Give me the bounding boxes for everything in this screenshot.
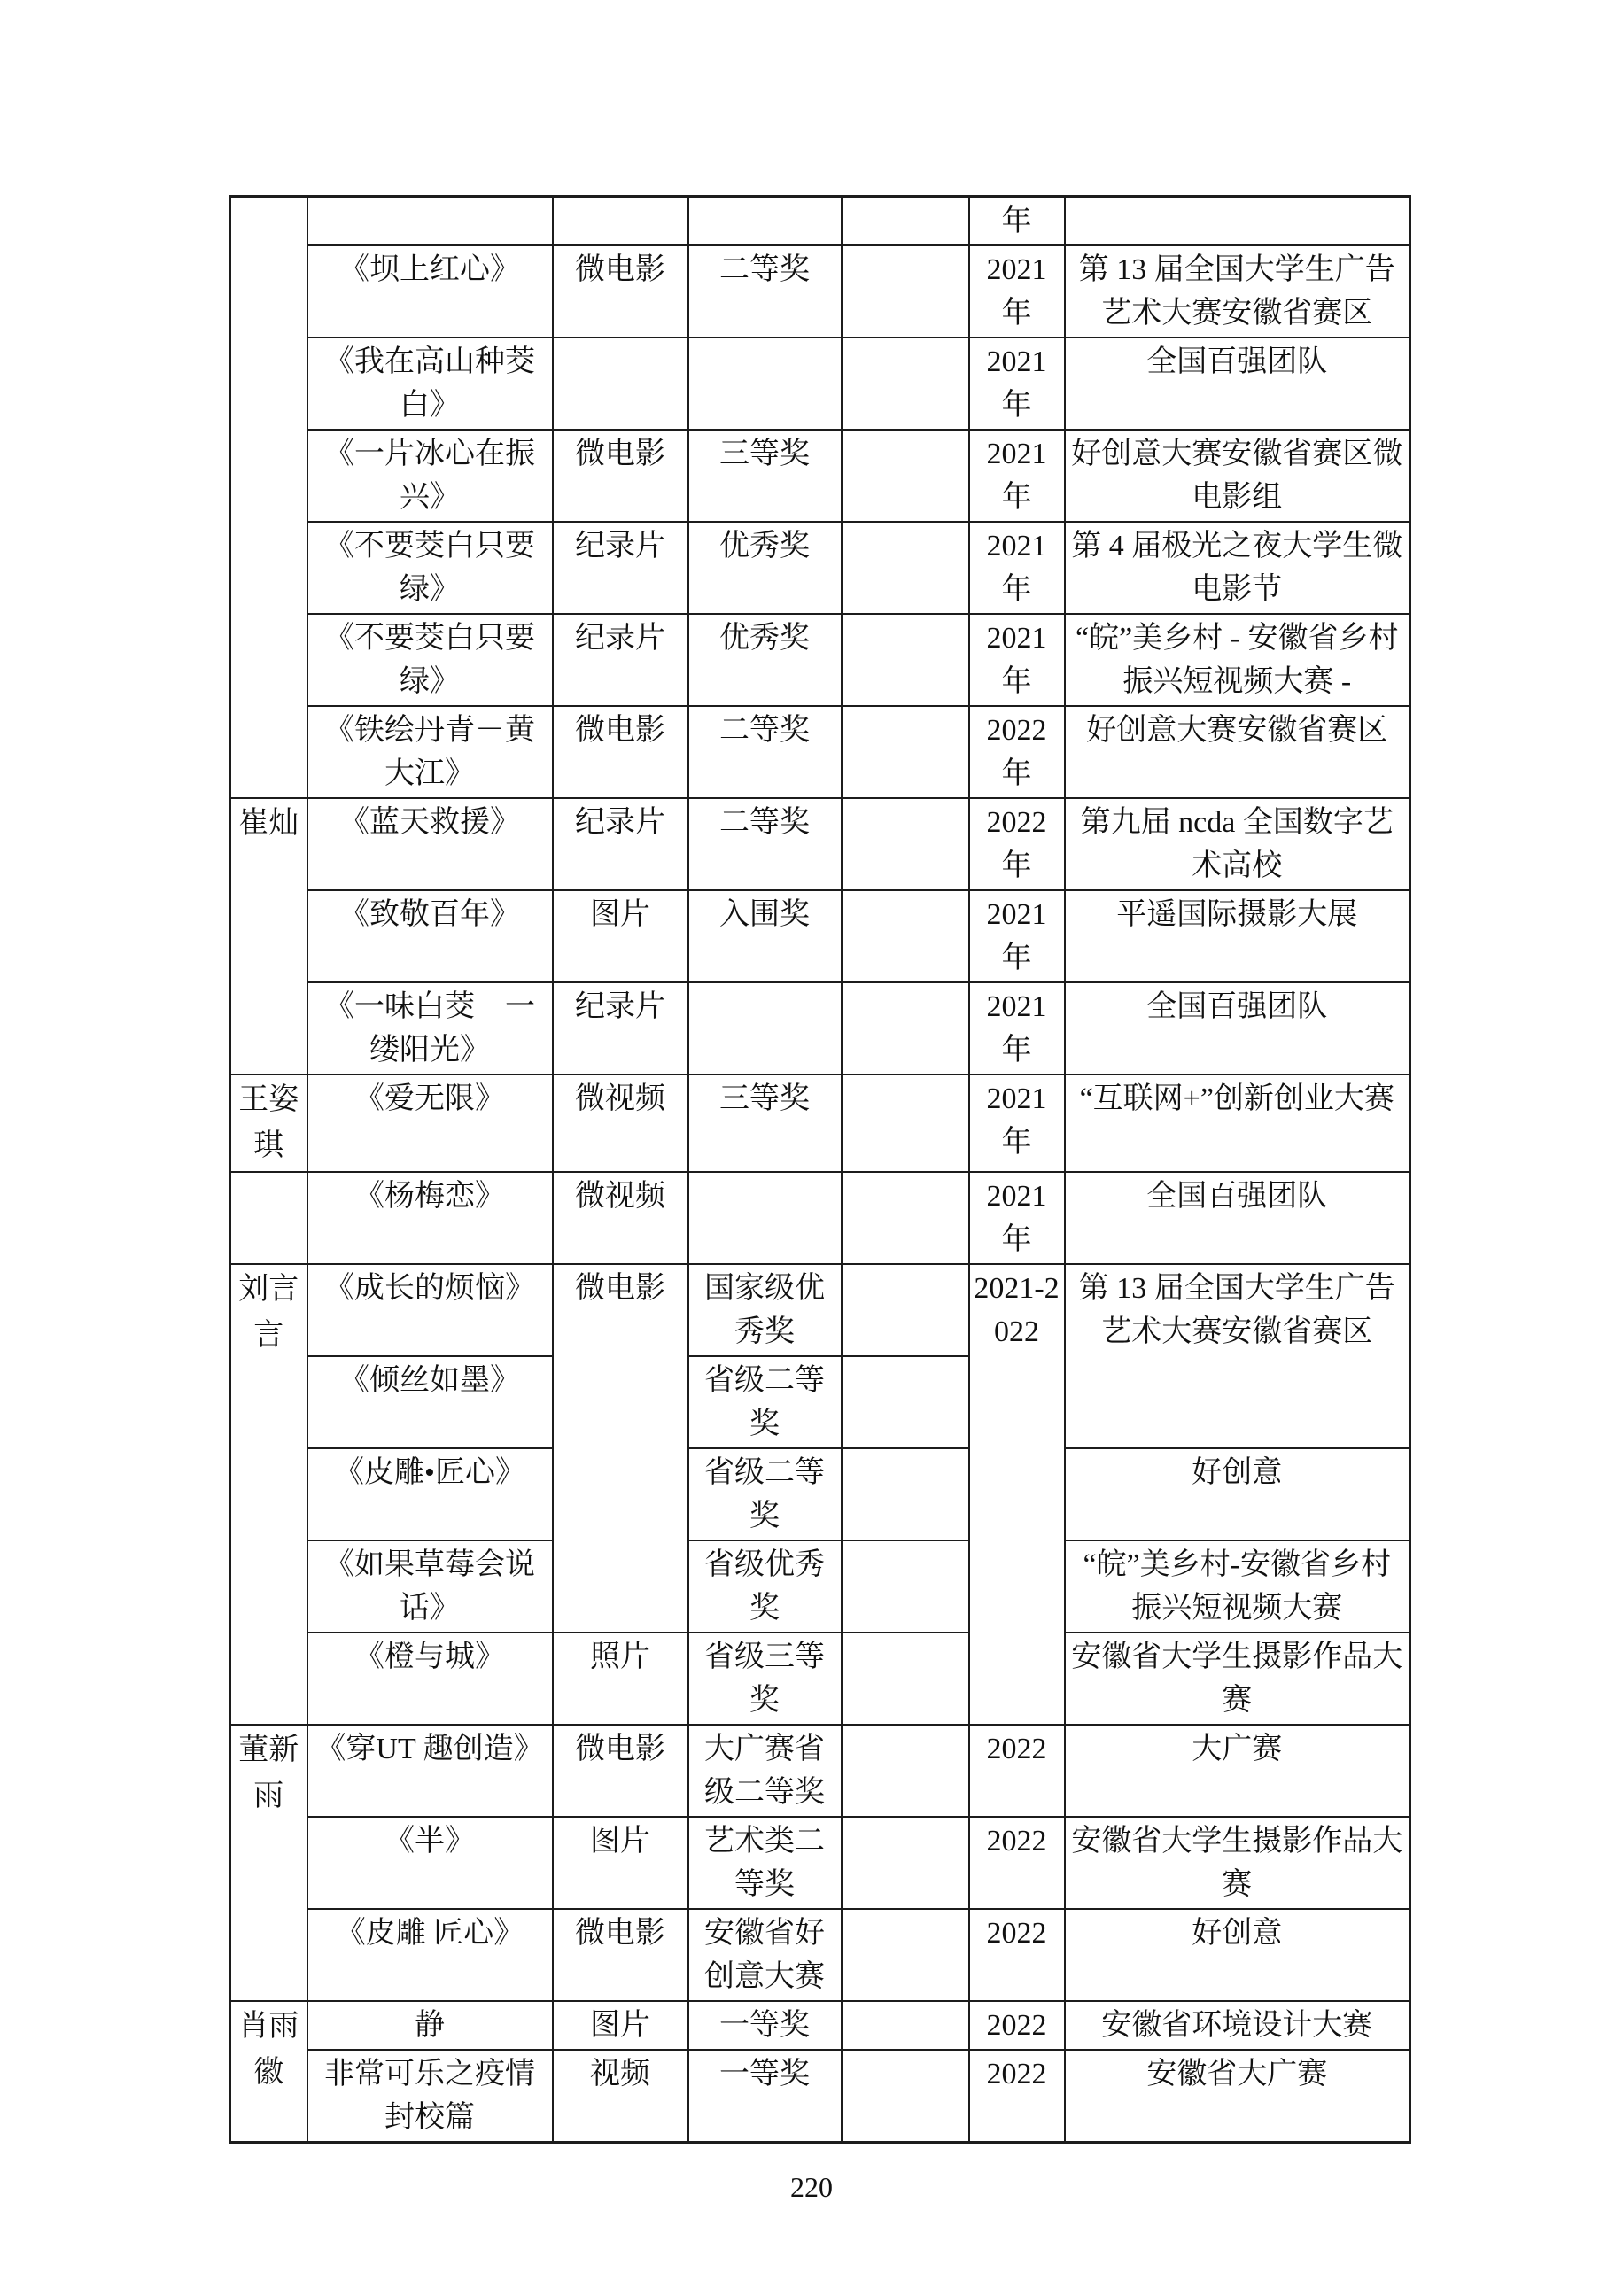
table-row: 《不要茭白只要绿》 纪录片 优秀奖 2021 年 “皖”美乡村 - 安徽省乡村振…: [230, 614, 1410, 706]
cell-award: 二等奖: [688, 706, 842, 798]
cell-award: 二等奖: [688, 245, 842, 337]
cell-competition: 安徽省大学生摄影作品大赛: [1065, 1817, 1410, 1909]
cell-award: [688, 1172, 842, 1264]
cell-empty: [842, 1540, 969, 1633]
cell-empty: [842, 197, 969, 246]
table-row: 肖雨徽 静 图片 一等奖 2022 安徽省环境设计大赛: [230, 2001, 1410, 2050]
cell-empty: [842, 614, 969, 706]
cell-empty: [842, 2050, 969, 2143]
cell-year: 2022 年: [969, 706, 1065, 798]
cell-year: 2022: [969, 1817, 1065, 1909]
cell-work-type: 微电影: [553, 1909, 688, 2001]
table-row: 《皮雕•匠心》 省级二等奖 好创意: [230, 1448, 1410, 1540]
cell-empty: [842, 1264, 969, 1356]
cell-author-name: [230, 197, 307, 799]
cell-empty: [842, 890, 969, 982]
cell-work-title: 《不要茭白只要绿》: [307, 522, 553, 614]
cell-competition: 第 4 届极光之夜大学生微电影节: [1065, 522, 1410, 614]
cell-empty: [842, 1074, 969, 1172]
cell-competition: 全国百强团队: [1065, 982, 1410, 1074]
cell-work-type: 纪录片: [553, 982, 688, 1074]
cell-work-title: 《铁绘丹青－黄大江》: [307, 706, 553, 798]
cell-work-title: 《爱无限》: [307, 1074, 553, 1172]
cell-empty: [842, 1725, 969, 1817]
cell-empty: [842, 1817, 969, 1909]
cell-work-type: 图片: [553, 2001, 688, 2050]
cell-author-name: 崔灿: [230, 798, 307, 1074]
table-row: 崔灿 《蓝天救援》 纪录片 二等奖 2022 年 第九届 ncda 全国数字艺术…: [230, 798, 1410, 890]
cell-work-title: 《皮雕 匠心》: [307, 1909, 553, 2001]
cell-work-type: 图片: [553, 890, 688, 982]
cell-work-title: [307, 197, 553, 246]
cell-work-title: 《如果草莓会说话》: [307, 1540, 553, 1633]
cell-award: 大广赛省级二等奖: [688, 1725, 842, 1817]
cell-award: 三等奖: [688, 1074, 842, 1172]
cell-award: 省级二等奖: [688, 1448, 842, 1540]
cell-work-type: 纪录片: [553, 522, 688, 614]
cell-empty: [842, 1633, 969, 1725]
cell-empty: [842, 430, 969, 522]
cell-empty: [842, 522, 969, 614]
table-row: 《我在高山种茭白》 2021 年 全国百强团队: [230, 337, 1410, 430]
cell-year: 2021 年: [969, 430, 1065, 522]
cell-award: 优秀奖: [688, 522, 842, 614]
cell-year: 2021 年: [969, 337, 1065, 430]
cell-competition: 好创意大赛安徽省赛区微电影组: [1065, 430, 1410, 522]
cell-competition: 全国百强团队: [1065, 1172, 1410, 1264]
table-row: 《一片冰心在振兴》 微电影 三等奖 2021 年 好创意大赛安徽省赛区微电影组: [230, 430, 1410, 522]
cell-competition: [1065, 197, 1410, 246]
cell-year: 2021 年: [969, 245, 1065, 337]
cell-competition: 好创意: [1065, 1909, 1410, 2001]
table-row: 《皮雕 匠心》 微电影 安徽省好创意大赛 2022 好创意: [230, 1909, 1410, 2001]
cell-award: 省级优秀奖: [688, 1540, 842, 1633]
cell-year: 2021 年: [969, 982, 1065, 1074]
cell-work-type: [553, 197, 688, 246]
cell-year: 2021 年: [969, 890, 1065, 982]
cell-work-type: 微电影: [553, 430, 688, 522]
cell-work-type: 微电影: [553, 1725, 688, 1817]
cell-work-type: 微电影: [553, 1264, 688, 1633]
table-row: 《致敬百年》 图片 入围奖 2021 年 平遥国际摄影大展: [230, 890, 1410, 982]
cell-work-type: 纪录片: [553, 614, 688, 706]
cell-competition: 第 13 届全国大学生广告艺术大赛安徽省赛区: [1065, 245, 1410, 337]
cell-work-title: 《杨梅恋》: [307, 1172, 553, 1264]
cell-author-name: 肖雨徽: [230, 2001, 307, 2143]
cell-competition: 好创意: [1065, 1448, 1410, 1540]
cell-competition: “互联网+”创新创业大赛: [1065, 1074, 1410, 1172]
table-row: 《不要茭白只要绿》 纪录片 优秀奖 2021 年 第 4 届极光之夜大学生微电影…: [230, 522, 1410, 614]
cell-work-type: 纪录片: [553, 798, 688, 890]
cell-competition: “皖”美乡村-安徽省乡村振兴短视频大赛: [1065, 1540, 1410, 1633]
cell-work-title: 《穿UT 趣创造》: [307, 1725, 553, 1817]
cell-award: 一等奖: [688, 2050, 842, 2143]
cell-work-type: 微视频: [553, 1074, 688, 1172]
cell-award: 艺术类二等奖: [688, 1817, 842, 1909]
cell-competition: 安徽省大广赛: [1065, 2050, 1410, 2143]
cell-work-title: 《坝上红心》: [307, 245, 553, 337]
cell-work-title: 静: [307, 2001, 553, 2050]
cell-award: 一等奖: [688, 2001, 842, 2050]
cell-award: 二等奖: [688, 798, 842, 890]
cell-work-title: 《橙与城》: [307, 1633, 553, 1725]
table-row: 《铁绘丹青－黄大江》 微电影 二等奖 2022 年 好创意大赛安徽省赛区: [230, 706, 1410, 798]
cell-work-title: 《皮雕•匠心》: [307, 1448, 553, 1540]
cell-empty: [842, 1356, 969, 1448]
cell-award: 入围奖: [688, 890, 842, 982]
cell-work-type: 微电影: [553, 245, 688, 337]
cell-award: 省级二等奖: [688, 1356, 842, 1448]
cell-work-type: 照片: [553, 1633, 688, 1725]
cell-award: 国家级优秀奖: [688, 1264, 842, 1356]
cell-empty: [842, 982, 969, 1074]
cell-work-type: 视频: [553, 2050, 688, 2143]
cell-award: 安徽省好创意大赛: [688, 1909, 842, 2001]
cell-work-title: 《半》: [307, 1817, 553, 1909]
table-row: 年: [230, 197, 1410, 246]
cell-author-name: 刘言言: [230, 1264, 307, 1725]
table-row: 《橙与城》 照片 省级三等奖 安徽省大学生摄影作品大赛: [230, 1633, 1410, 1725]
cell-empty: [842, 2001, 969, 2050]
cell-empty: [842, 798, 969, 890]
document-page: 年 《坝上红心》 微电影 二等奖 2021 年 第 13 届全国大学生广告艺术大…: [0, 0, 1623, 2296]
page-number: 220: [0, 2166, 1623, 2209]
table-row: 《一味白茭 一缕阳光》 纪录片 2021 年 全国百强团队: [230, 982, 1410, 1074]
table-row: 刘言言 《成长的烦恼》 微电影 国家级优秀奖 2021-2022 第 13 届全…: [230, 1264, 1410, 1356]
cell-work-title: 《倾丝如墨》: [307, 1356, 553, 1448]
cell-empty: [842, 1172, 969, 1264]
table-row: 《杨梅恋》 微视频 2021 年 全国百强团队: [230, 1172, 1410, 1264]
cell-award: 省级三等奖: [688, 1633, 842, 1725]
cell-empty: [842, 1909, 969, 2001]
cell-competition: “皖”美乡村 - 安徽省乡村振兴短视频大赛 -: [1065, 614, 1410, 706]
cell-year: 2022: [969, 1725, 1065, 1817]
awards-table: 年 《坝上红心》 微电影 二等奖 2021 年 第 13 届全国大学生广告艺术大…: [229, 195, 1411, 2144]
cell-competition: 第九届 ncda 全国数字艺术高校: [1065, 798, 1410, 890]
cell-year: 2021 年: [969, 522, 1065, 614]
cell-empty: [842, 337, 969, 430]
cell-work-title: 《致敬百年》: [307, 890, 553, 982]
cell-work-title: 《蓝天救援》: [307, 798, 553, 890]
cell-award: [688, 982, 842, 1074]
cell-work-type: 图片: [553, 1817, 688, 1909]
cell-award: [688, 197, 842, 246]
cell-competition: 全国百强团队: [1065, 337, 1410, 430]
cell-competition: 第 13 届全国大学生广告艺术大赛安徽省赛区: [1065, 1264, 1410, 1448]
table-row: 非常可乐之疫情封校篇 视频 一等奖 2022 安徽省大广赛: [230, 2050, 1410, 2143]
cell-work-type: 微视频: [553, 1172, 688, 1264]
cell-award: 优秀奖: [688, 614, 842, 706]
cell-award: [688, 337, 842, 430]
table-row: 王姿琪 《爱无限》 微视频 三等奖 2021 年 “互联网+”创新创业大赛: [230, 1074, 1410, 1172]
cell-work-title: 《一片冰心在振兴》: [307, 430, 553, 522]
cell-work-title: 非常可乐之疫情封校篇: [307, 2050, 553, 2143]
cell-year: 2021-2022: [969, 1264, 1065, 1725]
table-row: 《半》 图片 艺术类二等奖 2022 安徽省大学生摄影作品大赛: [230, 1817, 1410, 1909]
cell-year: 2022 年: [969, 798, 1065, 890]
cell-author-name: 董新雨: [230, 1725, 307, 2001]
cell-empty: [842, 245, 969, 337]
cell-year: 2021 年: [969, 1172, 1065, 1264]
cell-empty: [842, 706, 969, 798]
cell-empty: [842, 1448, 969, 1540]
cell-competition: 安徽省大学生摄影作品大赛: [1065, 1633, 1410, 1725]
cell-author-name: [230, 1172, 307, 1264]
table-row: 董新雨 《穿UT 趣创造》 微电影 大广赛省级二等奖 2022 大广赛: [230, 1725, 1410, 1817]
cell-competition: 大广赛: [1065, 1725, 1410, 1817]
cell-work-title: 《我在高山种茭白》: [307, 337, 553, 430]
table-row: 《坝上红心》 微电影 二等奖 2021 年 第 13 届全国大学生广告艺术大赛安…: [230, 245, 1410, 337]
cell-work-title: 《成长的烦恼》: [307, 1264, 553, 1356]
cell-competition: 安徽省环境设计大赛: [1065, 2001, 1410, 2050]
table-row: 《如果草莓会说话》 省级优秀奖 “皖”美乡村-安徽省乡村振兴短视频大赛: [230, 1540, 1410, 1633]
cell-competition: 平遥国际摄影大展: [1065, 890, 1410, 982]
cell-competition: 好创意大赛安徽省赛区: [1065, 706, 1410, 798]
cell-year: 2022: [969, 2050, 1065, 2143]
cell-work-title: 《一味白茭 一缕阳光》: [307, 982, 553, 1074]
cell-work-type: 微电影: [553, 706, 688, 798]
cell-year: 2021 年: [969, 1074, 1065, 1172]
cell-year: 2022: [969, 2001, 1065, 2050]
cell-year: 2021 年: [969, 614, 1065, 706]
cell-author-name: 王姿琪: [230, 1074, 307, 1172]
cell-year: 年: [969, 197, 1065, 246]
cell-year: 2022: [969, 1909, 1065, 2001]
cell-work-title: 《不要茭白只要绿》: [307, 614, 553, 706]
cell-award: 三等奖: [688, 430, 842, 522]
cell-work-type: [553, 337, 688, 430]
